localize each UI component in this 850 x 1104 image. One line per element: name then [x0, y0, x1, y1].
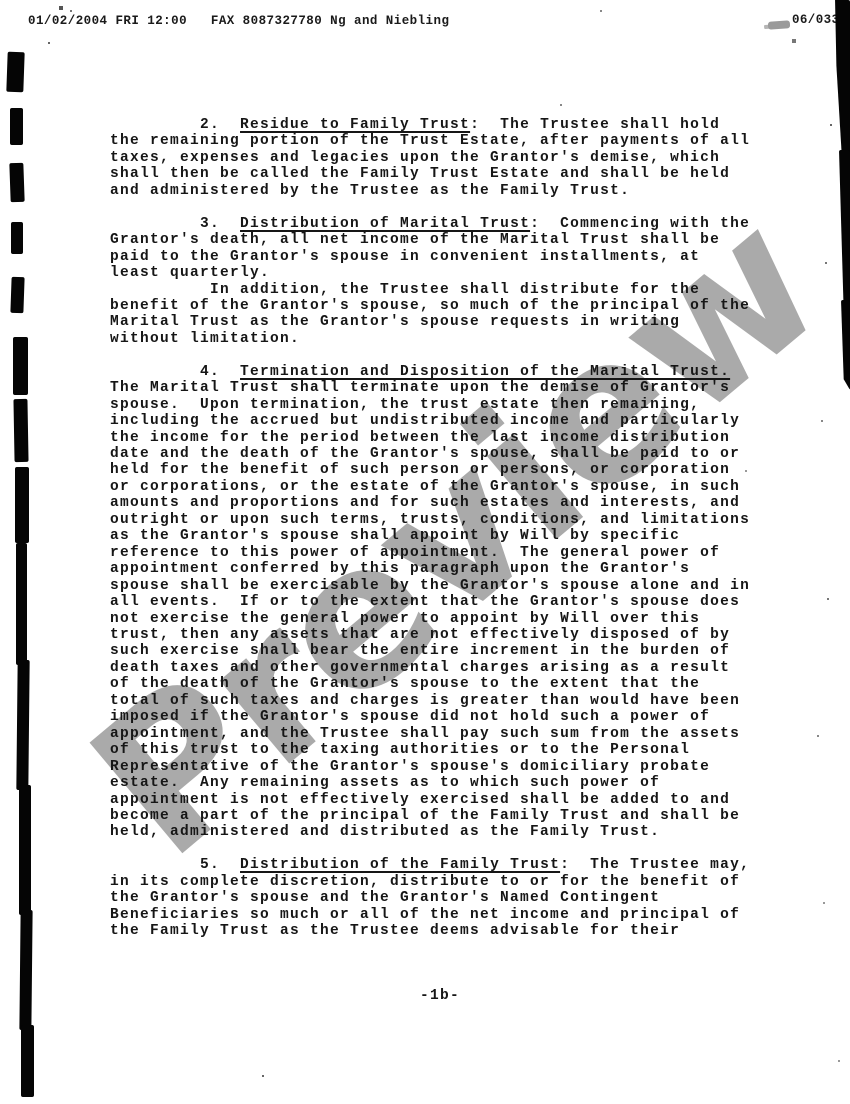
scan-artifact	[16, 543, 27, 665]
text-line: as the Grantor's spouse shall appoint by…	[110, 528, 786, 544]
text-line: Beneficiaries so much or all of the net …	[110, 907, 786, 923]
text-line: trust, then any assets that are not effe…	[110, 627, 786, 643]
text-line: such exercise shall bear the entire incr…	[110, 643, 786, 659]
text-line: 4. Termination and Disposition of the Ma…	[110, 364, 786, 380]
text-line: 5. Distribution of the Family Trust: The…	[110, 857, 786, 873]
document-body: 2. Residue to Family Trust: The Trustee …	[110, 117, 786, 940]
scan-artifact	[10, 108, 23, 145]
scan-artifact	[15, 467, 29, 543]
text-line: the income for the period between the la…	[110, 430, 786, 446]
text-line: total of such taxes and charges is great…	[110, 693, 786, 709]
text-line: In addition, the Trustee shall distribut…	[110, 282, 786, 298]
text-line: estate. Any remaining assets as to which…	[110, 775, 786, 791]
text-line: least quarterly.	[110, 265, 786, 281]
text-line: imposed if the Grantor's spouse did not …	[110, 709, 786, 725]
text-line: outright or upon such terms, trusts, con…	[110, 512, 786, 528]
text-line: 2. Residue to Family Trust: The Trustee …	[110, 117, 786, 133]
text-line: of this trust to the taxing authorities …	[110, 742, 786, 758]
paragraph: 4. Termination and Disposition of the Ma…	[110, 364, 786, 841]
scan-artifact	[10, 277, 24, 313]
scan-artifact	[11, 222, 23, 254]
scanned-fax-page: 01/02/2004 FRI 12:00 FAX 8087327780 Ng a…	[0, 0, 850, 1104]
scan-artifact	[9, 163, 24, 202]
text-line: taxes, expenses and legacies upon the Gr…	[110, 150, 786, 166]
scan-artifact	[13, 337, 28, 395]
text-line: the Grantor's spouse and the Grantor's N…	[110, 890, 786, 906]
text-line: the Family Trust as the Trustee deems ad…	[110, 923, 786, 939]
text-line: appointment is not effectively exercised…	[110, 792, 786, 808]
paragraph: 2. Residue to Family Trust: The Trustee …	[110, 117, 786, 199]
text-line: death taxes and other governmental charg…	[110, 660, 786, 676]
text-line: of the death of the Grantor's spouse to …	[110, 676, 786, 692]
text-line: in its complete discretion, distribute t…	[110, 874, 786, 890]
text-line: Grantor's death, all net income of the M…	[110, 232, 786, 248]
fax-header-timestamp: 01/02/2004 FRI 12:00 FAX 8087327780 Ng a…	[28, 14, 449, 28]
text-line: all events. If or to the extent that the…	[110, 594, 786, 610]
text-line: spouse. Upon termination, the trust esta…	[110, 397, 786, 413]
scan-artifact	[13, 399, 28, 462]
fax-page-counter: 06/033	[792, 13, 839, 27]
text-line: and administered by the Trustee as the F…	[110, 183, 786, 199]
text-line: including the accrued but undistributed …	[110, 413, 786, 429]
text-line: amounts and proportions and for such est…	[110, 495, 786, 511]
paragraph: 5. Distribution of the Family Trust: The…	[110, 857, 786, 939]
text-line: reference to this power of appointment. …	[110, 545, 786, 561]
text-line: paid to the Grantor's spouse in convenie…	[110, 249, 786, 265]
text-line: appointment conferred by this paragraph …	[110, 561, 786, 577]
text-line: the remaining portion of the Trust Estat…	[110, 133, 786, 149]
text-line: held for the benefit of such person or p…	[110, 462, 786, 478]
text-line: benefit of the Grantor's spouse, so much…	[110, 298, 786, 314]
scan-artifact	[21, 1025, 34, 1097]
text-line: The Marital Trust shall terminate upon t…	[110, 380, 786, 396]
text-line: Marital Trust as the Grantor's spouse re…	[110, 314, 786, 330]
scan-artifact	[19, 785, 31, 915]
text-line: date and the death of the Grantor's spou…	[110, 446, 786, 462]
text-line: become a part of the principal of the Fa…	[110, 808, 786, 824]
text-line: not exercise the general power to appoin…	[110, 611, 786, 627]
scan-artifact	[839, 150, 850, 320]
scan-noise-specks	[0, 0, 2, 2]
text-line: without limitation.	[110, 331, 786, 347]
scan-artifact	[16, 660, 29, 790]
text-line: appointment, and the Trustee shall pay s…	[110, 726, 786, 742]
text-line: held, administered and distributed as th…	[110, 824, 786, 840]
scan-artifact	[19, 910, 32, 1030]
text-line: or corporations, or the estate of the Gr…	[110, 479, 786, 495]
page-number: -1b-	[110, 988, 770, 1004]
text-line: spouse shall be exercisable by the Grant…	[110, 578, 786, 594]
fax-smudge-mark	[768, 20, 791, 30]
scan-artifact	[6, 52, 24, 93]
text-line: 3. Distribution of Marital Trust: Commen…	[110, 216, 786, 232]
text-line: shall then be called the Family Trust Es…	[110, 166, 786, 182]
paragraph: 3. Distribution of Marital Trust: Commen…	[110, 216, 786, 348]
text-line: Representative of the Grantor's spouse's…	[110, 759, 786, 775]
